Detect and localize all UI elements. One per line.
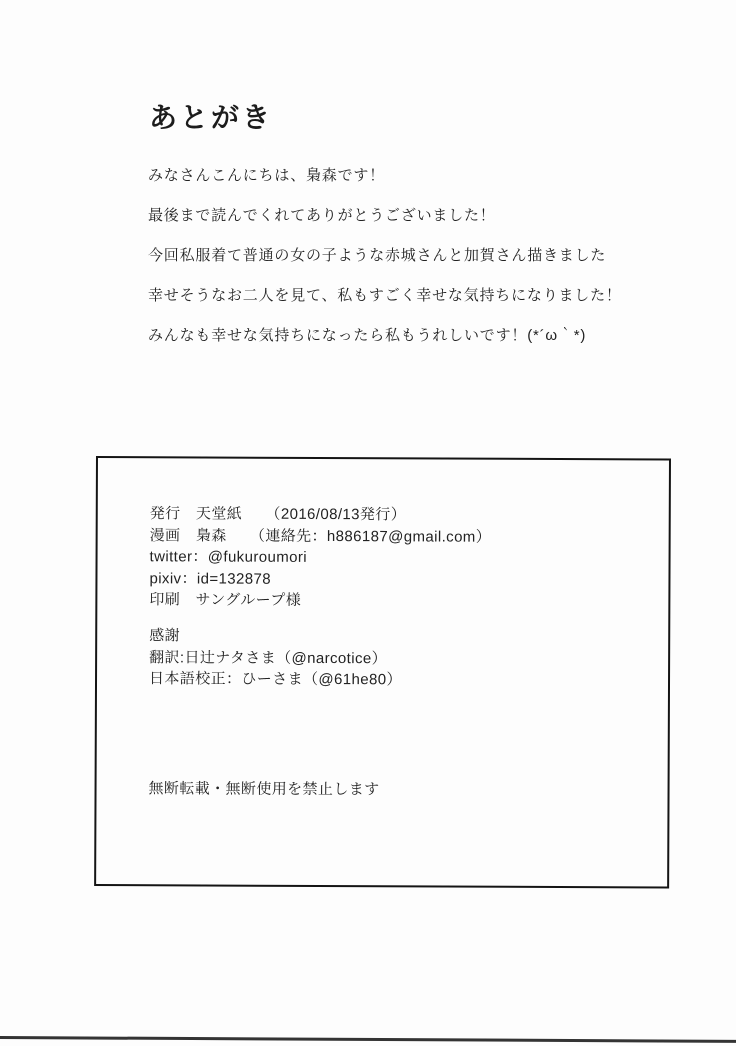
notice-line: 無断転載・無断使用を禁止します <box>149 778 380 801</box>
afterword-line: みなさんこんにちは、梟森です！ <box>148 156 708 196</box>
scanned-afterword-page: あとがき みなさんこんにちは、梟森です！ 最後まで読んでくれてありがとうございま… <box>0 0 736 1046</box>
afterword-line: みんなも幸せな気持ちになったら私もうれしいです！(*´ω｀*) <box>148 316 708 356</box>
publication-line: 漫画 梟森 （連絡先：h886187@gmail.com） <box>150 525 492 548</box>
afterword-line: 最後まで読んでくれてありがとうございました！ <box>148 196 708 236</box>
thanks-line: 日本語校正：ひーさま（@61he80） <box>149 668 402 691</box>
thanks-line: 翻訳:日辻ナタさま（@narcotice） <box>149 647 402 670</box>
thanks-line: 感謝 <box>149 625 402 648</box>
publication-line: 印刷 サングループ様 <box>149 589 491 612</box>
publication-line: pixiv：id=132878 <box>149 568 491 591</box>
afterword-line: 今回私服着て普通の女の子ような赤城さんと加賀さん描きました <box>148 236 708 276</box>
scan-edge-line <box>0 1036 736 1042</box>
afterword-line: 幸せそうなお二人を見て、私もすごく幸せな気持ちになりました！ <box>148 276 708 316</box>
colophon-box: 発行 天堂紙 （2016/08/13発行） 漫画 梟森 （連絡先：h886187… <box>94 456 671 889</box>
publication-info-group: 発行 天堂紙 （2016/08/13発行） 漫画 梟森 （連絡先：h886187… <box>149 503 491 612</box>
publication-line: twitter：@fukuroumori <box>150 546 492 569</box>
publication-line: 発行 天堂紙 （2016/08/13発行） <box>150 503 492 526</box>
notice-group: 無断転載・無断使用を禁止します <box>149 778 380 801</box>
thanks-group: 感謝 翻訳:日辻ナタさま（@narcotice） 日本語校正：ひーさま（@61h… <box>149 625 402 691</box>
afterword-text-block: みなさんこんにちは、梟森です！ 最後まで読んでくれてありがとうございました！ 今… <box>148 156 708 356</box>
page-title: あとがき <box>149 96 273 136</box>
